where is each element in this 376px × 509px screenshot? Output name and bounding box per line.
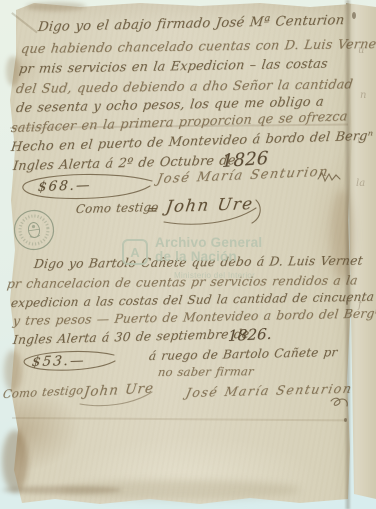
archive-seal-stamp [9,203,59,257]
signature-rubric [318,170,344,184]
page-gutter-shadow [344,0,351,509]
bleedthrough-mark: la [356,178,365,189]
speck [352,12,356,19]
manuscript-scan: u n r la f Digo yo el abajo firmado José… [0,0,376,509]
entry1-witness-equals: = [147,203,158,218]
amount-flourish [18,349,118,375]
entry2-year: 1826. [228,325,273,345]
witness-underline-flourish [78,386,158,408]
stain [2,486,122,494]
bleedthrough-mark: n [360,90,366,101]
entry2-note-line2: no saber firmar [157,364,255,379]
stain [2,430,28,492]
witness-underline-flourish [160,198,264,226]
stain [26,2,86,11]
